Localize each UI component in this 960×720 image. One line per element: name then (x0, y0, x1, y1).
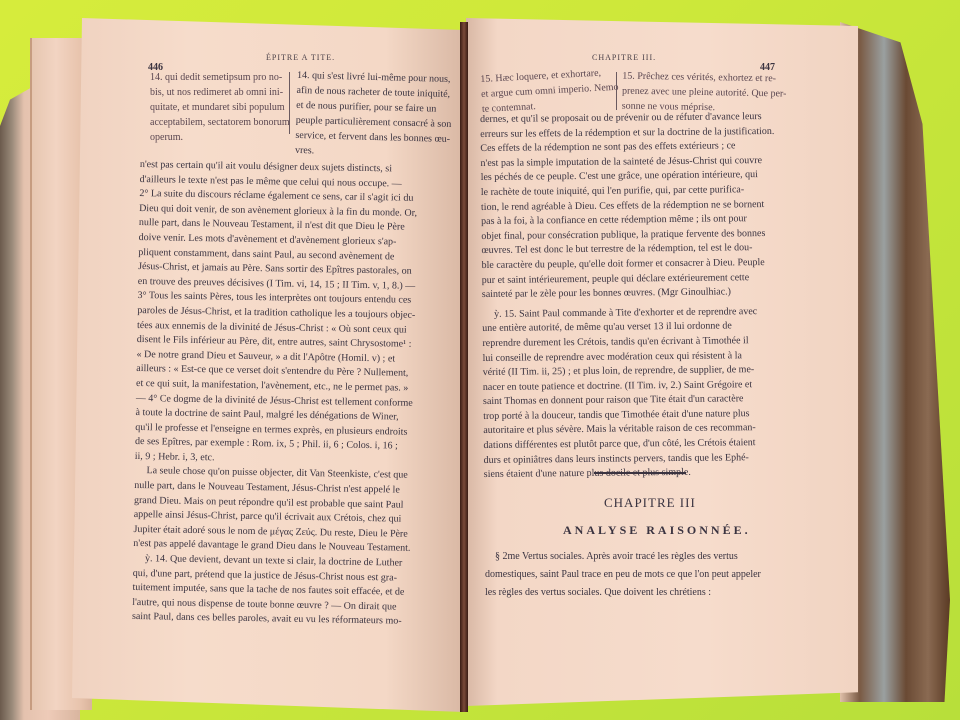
analysis-text: § 2me Vertus sociales. Après avoir tracé… (485, 548, 785, 602)
section-rule (594, 472, 686, 474)
section-heading: ANALYSE RAISONNÉE. (563, 523, 751, 538)
left-running-head: ÉPITRE A TITE. (266, 53, 335, 62)
text-line: § 2me Vertus sociales. Après avoir tracé… (485, 548, 785, 566)
left-body-text: n'est pas certain qu'il ait voulu désign… (132, 158, 458, 630)
left-french-verse: 14. qui s'est livré lui-même pour nous, … (295, 68, 457, 162)
right-running-head: CHAPITRE III. (592, 53, 656, 62)
verse-line: 14. qui dedit semetipsum pro no- (150, 70, 290, 85)
chapter-heading: CHAPITRE III (604, 495, 696, 511)
verse-divider (289, 72, 290, 134)
right-latin-verse: 15. Hæc loquere, et exhortare, et argue … (480, 65, 622, 117)
verse-line: acceptabilem, sectatorem bonorum (150, 115, 290, 130)
right-body-text: dernes, et qu'il se proposait ou de prév… (480, 110, 784, 483)
open-book: 446 ÉPITRE A TITE. 14. qui dedit semetip… (0, 0, 960, 720)
book-gutter (460, 22, 468, 712)
verse-line: operum. (150, 130, 290, 145)
verse-divider (616, 72, 617, 110)
text-line: sainteté par le zèle pour les bonnes œuv… (482, 285, 782, 303)
left-latin-verse: 14. qui dedit semetipsum pro no- bis, ut… (150, 70, 290, 145)
text-line: les règles des vertus sociales. Que doiv… (485, 584, 785, 602)
verse-line: bis, ut nos redimeret ab omni ini- (150, 85, 290, 100)
text-line: domestiques, saint Paul trace en peu de … (485, 566, 785, 584)
verse-line: quitate, et mundaret sibi populum (150, 100, 290, 115)
